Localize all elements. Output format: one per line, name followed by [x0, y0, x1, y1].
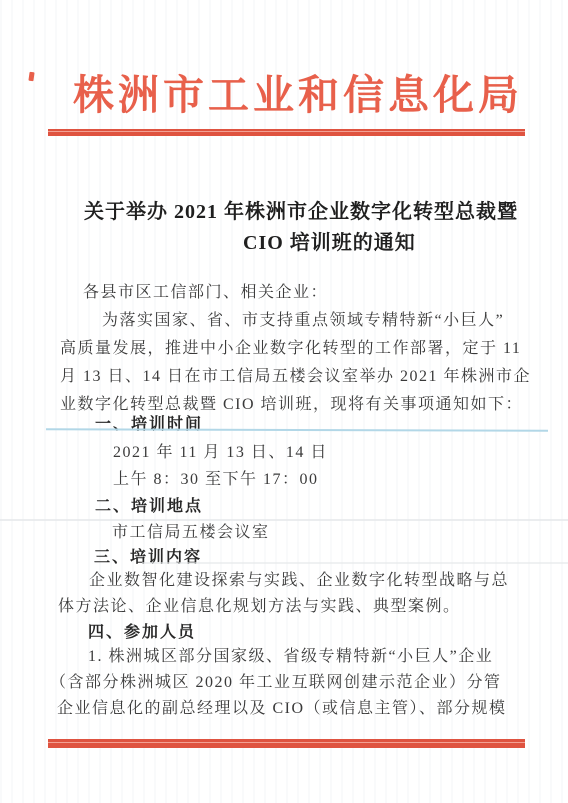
- body-line: 上午 8：30 至下午 17：00: [113, 471, 319, 489]
- body-line: 月 13 日、14 日在市工信局五楼会议室举办 2021 年株洲市企: [60, 368, 531, 386]
- section-heading: 二、培训地点: [95, 497, 203, 515]
- body-line: 2021 年 11 月 13 日、14 日: [113, 444, 328, 462]
- footer-rule: [48, 739, 525, 748]
- body-line: 高质量发展，推进中小企业数字化转型的工作部署，定于 11: [60, 340, 521, 358]
- body-line: 1. 株洲城区部分国家级、省级专精特新“小巨人”企业: [88, 648, 493, 666]
- notice-title-line2: CIO 培训班的通知: [243, 226, 416, 255]
- header-rule: [48, 129, 525, 136]
- body-line: 业数字化转型总裁暨 CIO 培训班，现将有关事项通知如下：: [60, 396, 523, 414]
- body-line: 体方法论、企业信息化规划方法与实践、典型案例。: [58, 598, 461, 616]
- red-ink-speck: [28, 72, 34, 82]
- notice-title-line1: 关于举办 2021 年株洲市企业数字化转型总裁暨: [84, 195, 518, 224]
- body-line: （含部分株洲城区 2020 年工业互联网创建示范企业）分管: [50, 674, 502, 692]
- body-line: 各县市区工信部门、相关企业：: [83, 284, 328, 302]
- section-heading: 四、参加人员: [88, 623, 196, 641]
- body-line: 市工信局五楼会议室: [112, 524, 270, 542]
- body-line: 企业数智化建设探索与实践、企业数字化转型战略与总: [89, 572, 509, 590]
- body-line: 为落实国家、省、市支持重点领域专精特新“小巨人”: [102, 312, 504, 330]
- agency-letterhead: 株洲市工业和信息化局: [73, 73, 523, 118]
- scanned-notice-page: 株洲市工业和信息化局 关于举办 2021 年株洲市企业数字化转型总裁暨 CIO …: [0, 0, 568, 803]
- scan-artifact-line: [0, 519, 568, 521]
- scan-artifact-line: [142, 562, 568, 564]
- body-line: 企业信息化的副总经理以及 CIO（或信息主管）、部分规模: [57, 700, 507, 718]
